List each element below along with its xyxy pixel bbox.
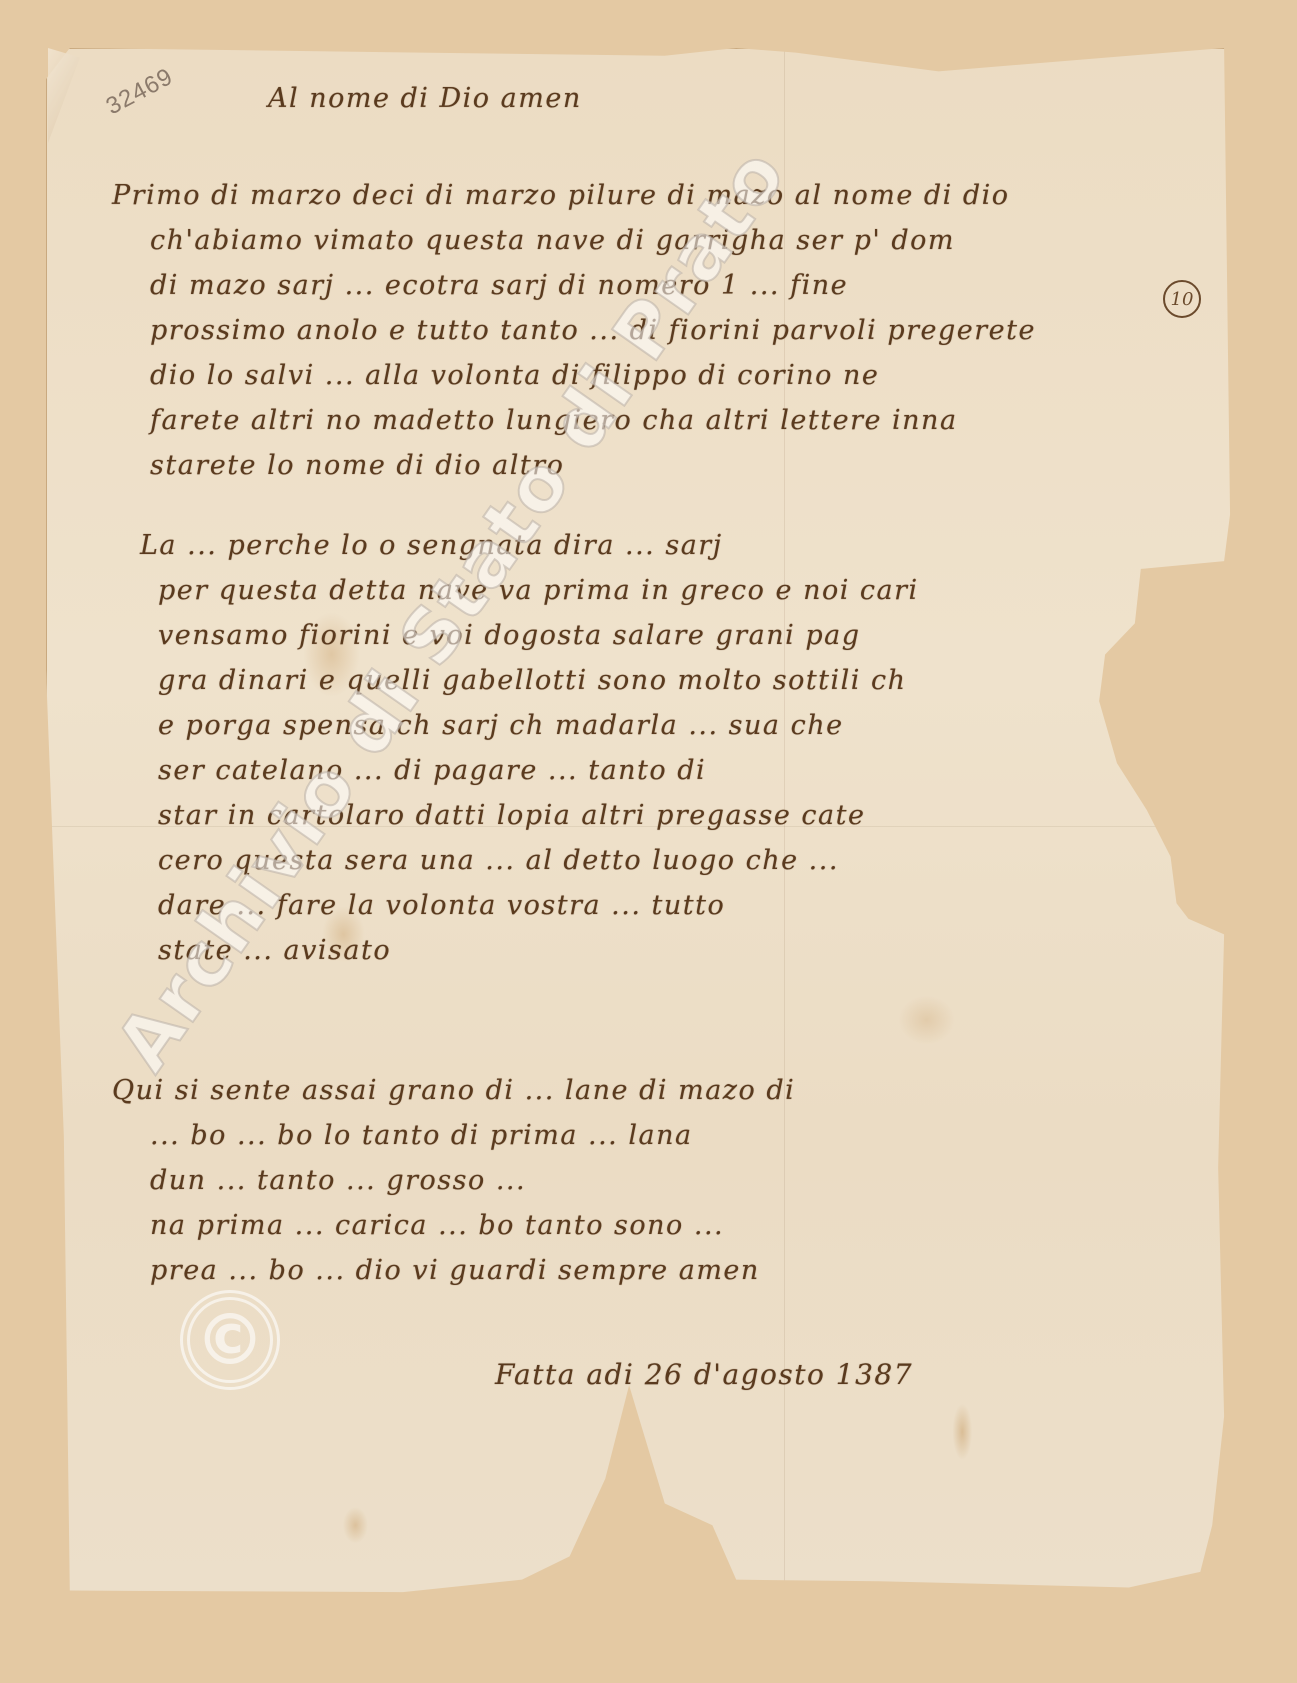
letter-line: state ... avisato [158,935,391,966]
letter-line: farete altri no madetto lungiero cha alt… [150,405,958,436]
letter-line: cero questa sera una ... al detto luogo … [158,845,839,876]
letter-line: ch'abiamo vimato questa nave di garrigha… [150,225,955,256]
letter-line: La ... perche lo o sengnata dira ... sar… [140,530,723,561]
copyright-icon: © [180,1290,280,1390]
letter-line: starete lo nome di dio altro [150,450,564,481]
letter-line: gra dinari e quelli gabellotti sono molt… [158,665,907,696]
folio-mark: 10 [1163,280,1201,318]
letter-line: Qui si sente assai grano di ... lane di … [112,1075,795,1106]
letter-line: dio lo salvi ... alla volonta di filippo… [150,360,879,391]
letter-line: per questa detta nave va prima in greco … [158,575,919,606]
letter-line: na prima ... carica ... bo tanto sono ..… [150,1210,724,1241]
letter-line: prossimo anolo e tutto tanto ... di fior… [150,315,1036,346]
letter-line: prea ... bo ... dio vi guardi sempre ame… [150,1255,760,1286]
letter-line: ... bo ... bo lo tanto di prima ... lana [150,1120,693,1151]
letter-line: di mazo sarj ... ecotra sarj di nomero 1… [150,270,848,301]
date-line: Fatta adi 26 d'agosto 1387 [495,1358,913,1391]
letter-line: ser catelano ... di pagare ... tanto di [158,755,706,786]
letter-line: e porga spensa ch sarj ch madarla ... su… [158,710,844,741]
letter-line: star in cartolaro datti lopia altri preg… [158,800,865,831]
letter-line: vensamo fiorini e voi dogosta salare gra… [158,620,861,651]
invocation: Al nome di Dio amen [268,83,582,114]
letter-line: dare ... fare la volonta vostra ... tutt… [158,890,725,921]
letter-line: Primo di marzo deci di marzo pilure di m… [112,180,1010,211]
letter-line: dun ... tanto ... grosso ... [150,1165,526,1196]
